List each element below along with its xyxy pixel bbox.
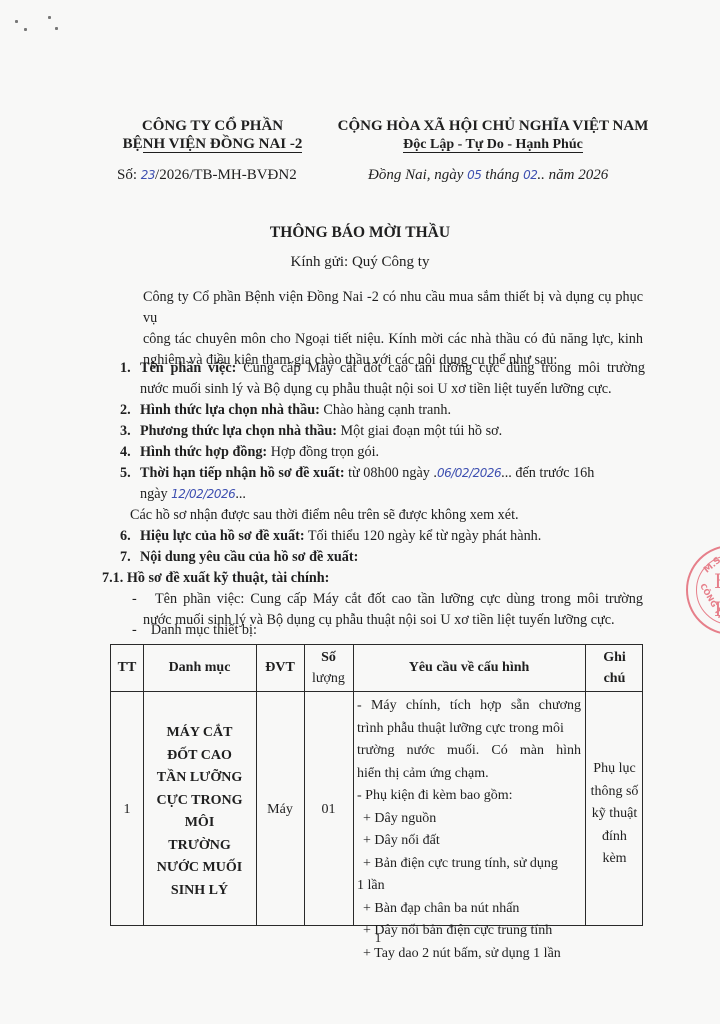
equipment-table: TT Danh mục ĐVT Số lượng Yêu cầu về cấu … xyxy=(110,644,643,926)
header-so-luong: Số lượng xyxy=(304,647,353,689)
handwritten-day: 05 xyxy=(467,168,481,182)
national-motto: Độc Lập - Tự Do - Hạnh Phúc xyxy=(403,137,583,153)
scan-speck xyxy=(24,28,27,31)
greeting: Kính gửi: Quý Công ty xyxy=(0,254,720,271)
organization-name: CÔNG TY CỔ PHẦN BỆNH VIỆN ĐỒNG NAI -2 xyxy=(105,117,320,153)
document-title: THÔNG BÁO MỜI THẦU xyxy=(0,224,720,242)
header-tt: TT xyxy=(111,657,143,678)
company-stamp: M.S.D CÔNG TY B B xyxy=(686,545,720,635)
cell-yeu-cau: - Máy chính, tích hợp sẵn chương trình p… xyxy=(357,695,581,965)
org-line-2: BỆNH VIỆN ĐỒNG NAI -2 xyxy=(105,135,320,153)
cell-so-luong: 01 xyxy=(304,799,353,820)
handwritten-date-from: 06/02/2026 xyxy=(437,466,501,480)
handwritten-date-to: 12/02/2026 xyxy=(171,487,235,501)
cell-tt: 1 xyxy=(111,799,143,820)
header-yeu-cau: Yêu cầu về cấu hình xyxy=(353,657,585,678)
place-and-date: Đồng Nai, ngày 05 tháng 02.. năm 2026 xyxy=(368,167,608,184)
org-line-1: CÔNG TY CỔ PHẦN xyxy=(105,117,320,135)
document-page: CÔNG TY CỔ PHẦN BỆNH VIỆN ĐỒNG NAI -2 CỘ… xyxy=(0,0,720,1024)
cell-ghi-chu: Phụ lục thông số kỹ thuật đính kèm xyxy=(585,758,644,871)
scan-speck xyxy=(48,16,51,19)
header-ghi-chu: Ghi chú xyxy=(585,647,644,689)
national-heading: CỘNG HÒA XÃ HỘI CHỦ NGHĨA VIỆT NAM Độc L… xyxy=(328,117,658,154)
cell-dvt: Máy xyxy=(256,799,304,820)
deadline-note: Các hồ sơ nhận được sau thời điểm nêu tr… xyxy=(130,505,519,526)
bullet-item: - Danh mục thiết bị: xyxy=(132,620,257,641)
handwritten-doc-number: 23 xyxy=(141,168,155,182)
nation-name: CỘNG HÒA XÃ HỘI CHỦ NGHĨA VIỆT NAM xyxy=(328,117,658,135)
header-dvt: ĐVT xyxy=(256,657,304,678)
document-number: Số: 23/2026/TB-MH-BVĐN2 xyxy=(117,167,297,184)
subsection-heading: 7.1. Hồ sơ đề xuất kỹ thuật, tài chính: xyxy=(102,568,329,589)
cell-danh-muc: MÁY CẮT ĐỐT CAO TẦN LƯỠNG CỰC TRONG MÔI … xyxy=(143,722,256,902)
handwritten-month: 02 xyxy=(523,168,537,182)
scan-speck xyxy=(55,27,58,30)
header-danh-muc: Danh mục xyxy=(143,657,256,678)
scan-speck xyxy=(15,20,18,23)
page-number: 1 xyxy=(0,930,720,946)
